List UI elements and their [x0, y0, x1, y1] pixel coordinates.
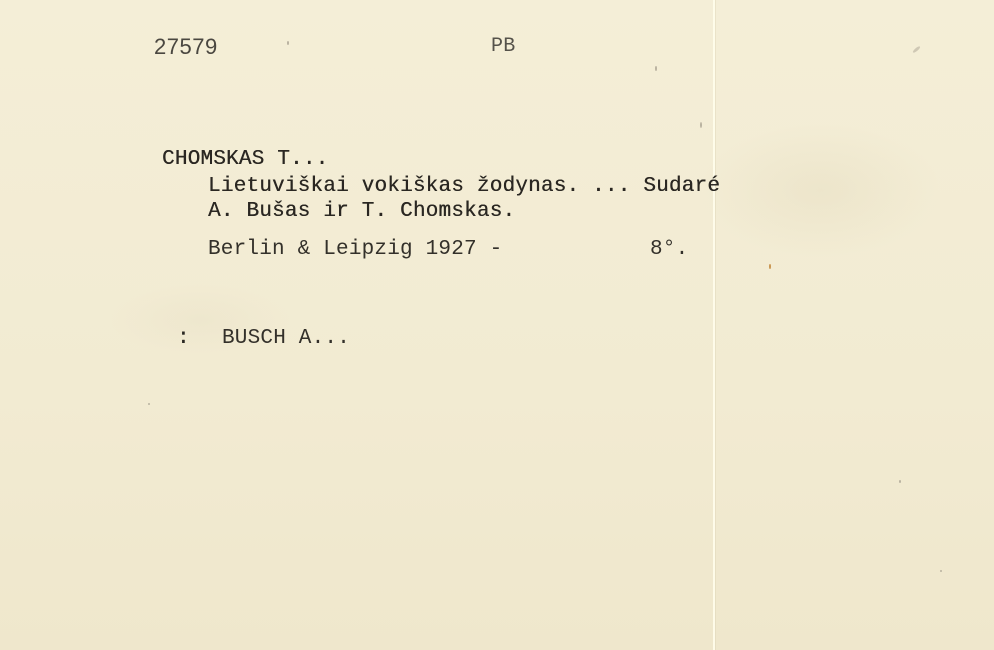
- paper-speck: [899, 480, 901, 483]
- card-fold-line: [713, 0, 715, 650]
- added-entry: BUSCH A...: [222, 327, 350, 351]
- paper-speck: [655, 66, 657, 71]
- paper-speck: [769, 264, 771, 269]
- imprint: Berlin & Leipzig 1927 -: [208, 238, 502, 262]
- call-number: 27579: [154, 34, 218, 60]
- title-line-2: A. Bušas ir T. Chomskas.: [208, 200, 515, 224]
- format: 8°.: [650, 238, 688, 262]
- title-line-1: Lietuviškai vokiškas žodynas. ... Sudaré: [208, 175, 720, 199]
- main-entry-heading: CHOMSKAS T...: [162, 148, 328, 172]
- paper-speck: [148, 403, 150, 405]
- paper-speck: [940, 570, 942, 572]
- added-entry-marker: :: [177, 327, 190, 351]
- paper-speck: [700, 122, 702, 128]
- location-code: PB: [491, 35, 515, 59]
- catalog-card: 27579 PB CHOMSKAS T... Lietuviškai vokiš…: [0, 0, 994, 650]
- pencil-mark: [912, 45, 921, 53]
- paper-speck: [287, 41, 289, 45]
